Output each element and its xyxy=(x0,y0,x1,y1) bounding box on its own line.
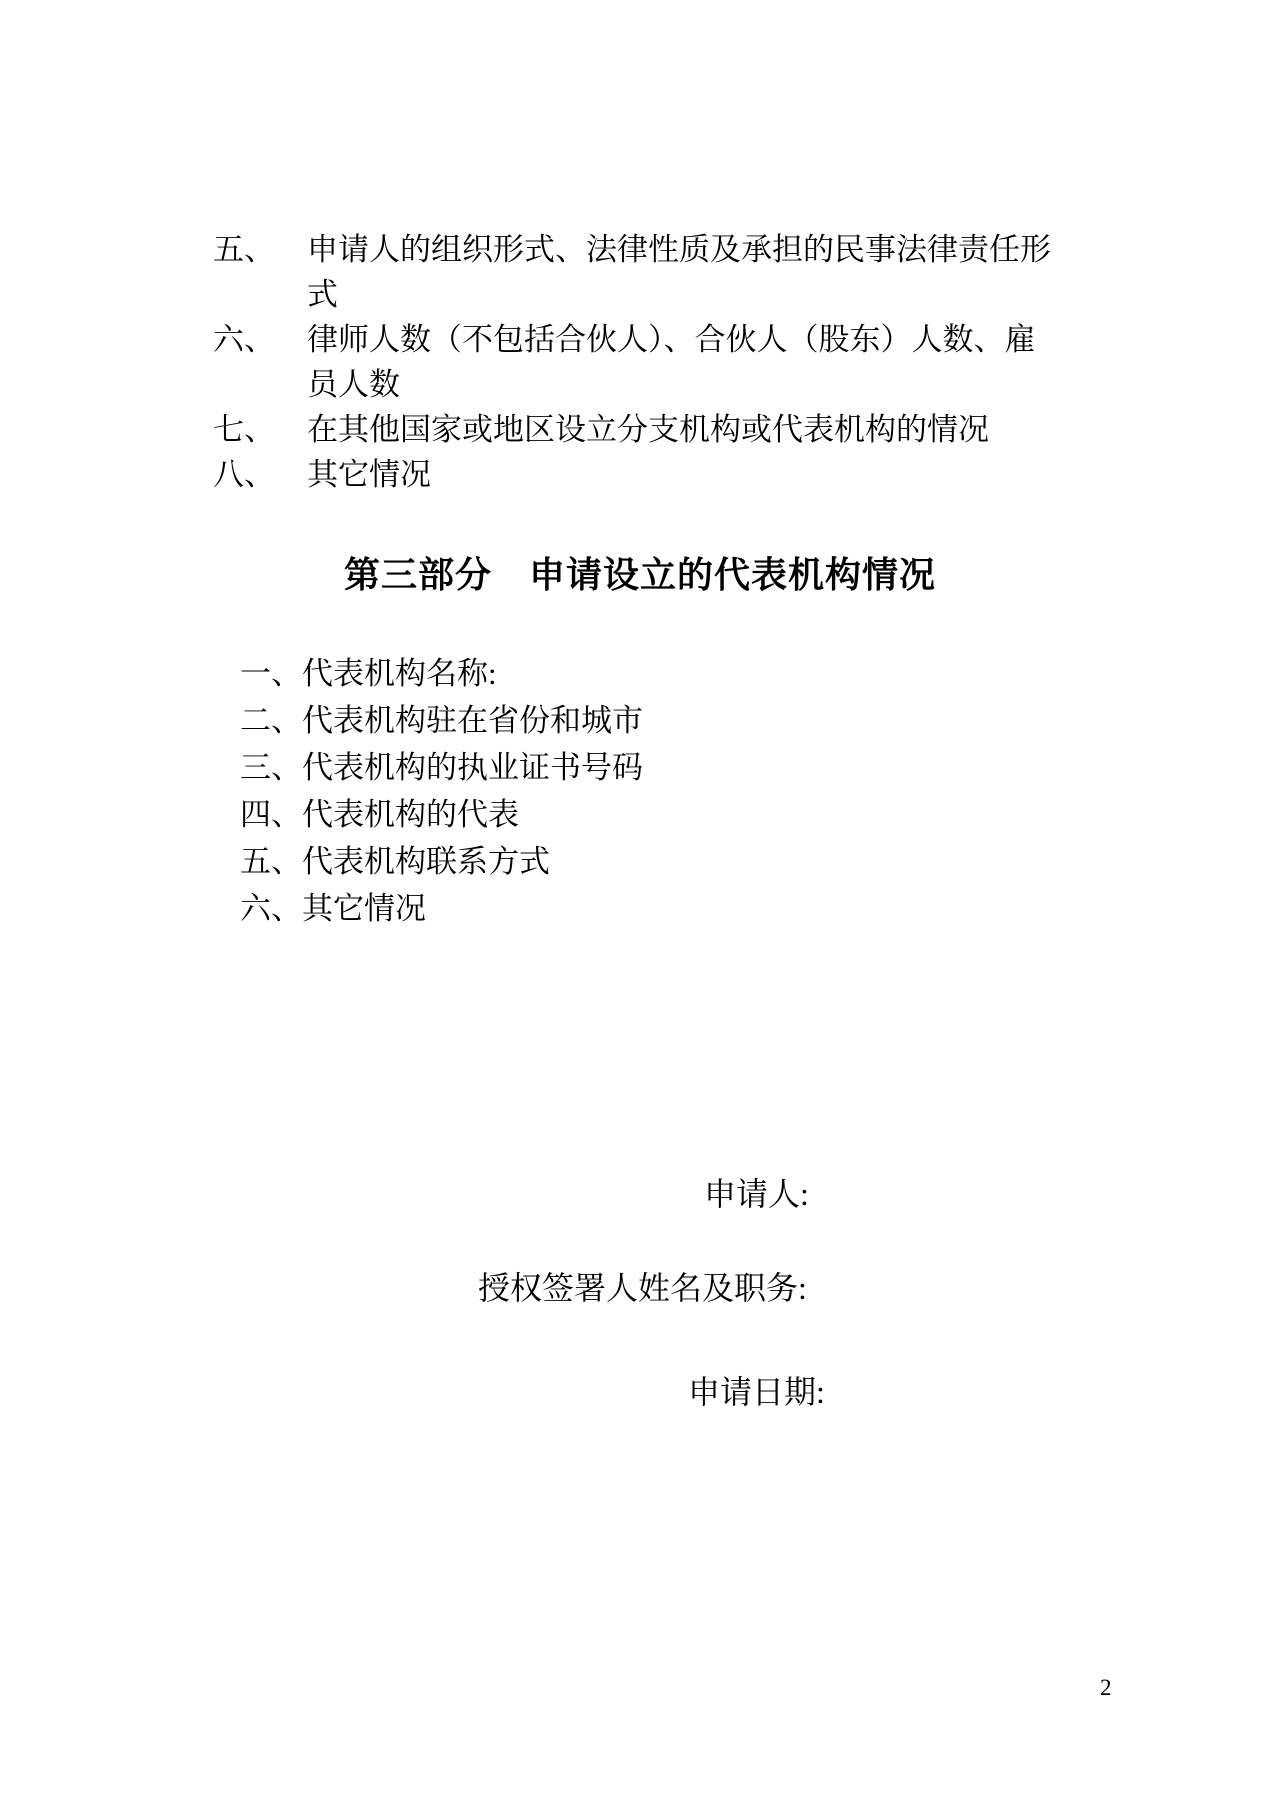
authorized-signer-label: 授权签署人姓名及职务: xyxy=(478,1268,807,1308)
section-heading: 第三部分 申请设立的代表机构情况 xyxy=(0,553,1280,597)
list-item-number: 八、 xyxy=(213,452,307,497)
list-item: 六、其它情况 xyxy=(240,885,643,932)
part2-numbered-list: 五、 申请人的组织形式、法律性质及承担的民事法律责任形 式 六、 律师人数（不包… xyxy=(213,227,1051,497)
list-item-number: 五、 xyxy=(213,227,307,317)
list-item-text: 申请人的组织形式、法律性质及承担的民事法律责任形 式 xyxy=(307,227,1051,317)
list-item: 一、代表机构名称: xyxy=(240,650,643,697)
list-item: 二、代表机构驻在省份和城市 xyxy=(240,697,643,744)
application-date-label: 申请日期: xyxy=(688,1372,825,1412)
list-item: 五、代表机构联系方式 xyxy=(240,838,643,885)
list-item: 八、 其它情况 xyxy=(213,452,1051,497)
list-item-text: 在其他国家或地区设立分支机构或代表机构的情况 xyxy=(307,407,989,452)
part3-numbered-list: 一、代表机构名称: 二、代表机构驻在省份和城市 三、代表机构的执业证书号码 四、… xyxy=(240,650,643,932)
applicant-label: 申请人: xyxy=(704,1174,809,1214)
list-item-number: 六、 xyxy=(213,317,307,407)
list-item: 七、 在其他国家或地区设立分支机构或代表机构的情况 xyxy=(213,407,1051,452)
list-item: 三、代表机构的执业证书号码 xyxy=(240,744,643,791)
page-number: 2 xyxy=(1100,1674,1112,1702)
list-item: 五、 申请人的组织形式、法律性质及承担的民事法律责任形 式 xyxy=(213,227,1051,317)
list-item: 四、代表机构的代表 xyxy=(240,791,643,838)
list-item-text: 其它情况 xyxy=(307,452,431,497)
list-item: 六、 律师人数（不包括合伙人）、合伙人（股东）人数、雇 员人数 xyxy=(213,317,1051,407)
document-page: 五、 申请人的组织形式、法律性质及承担的民事法律责任形 式 六、 律师人数（不包… xyxy=(0,0,1280,1810)
list-item-number: 七、 xyxy=(213,407,307,452)
list-item-text: 律师人数（不包括合伙人）、合伙人（股东）人数、雇 员人数 xyxy=(307,317,1036,407)
